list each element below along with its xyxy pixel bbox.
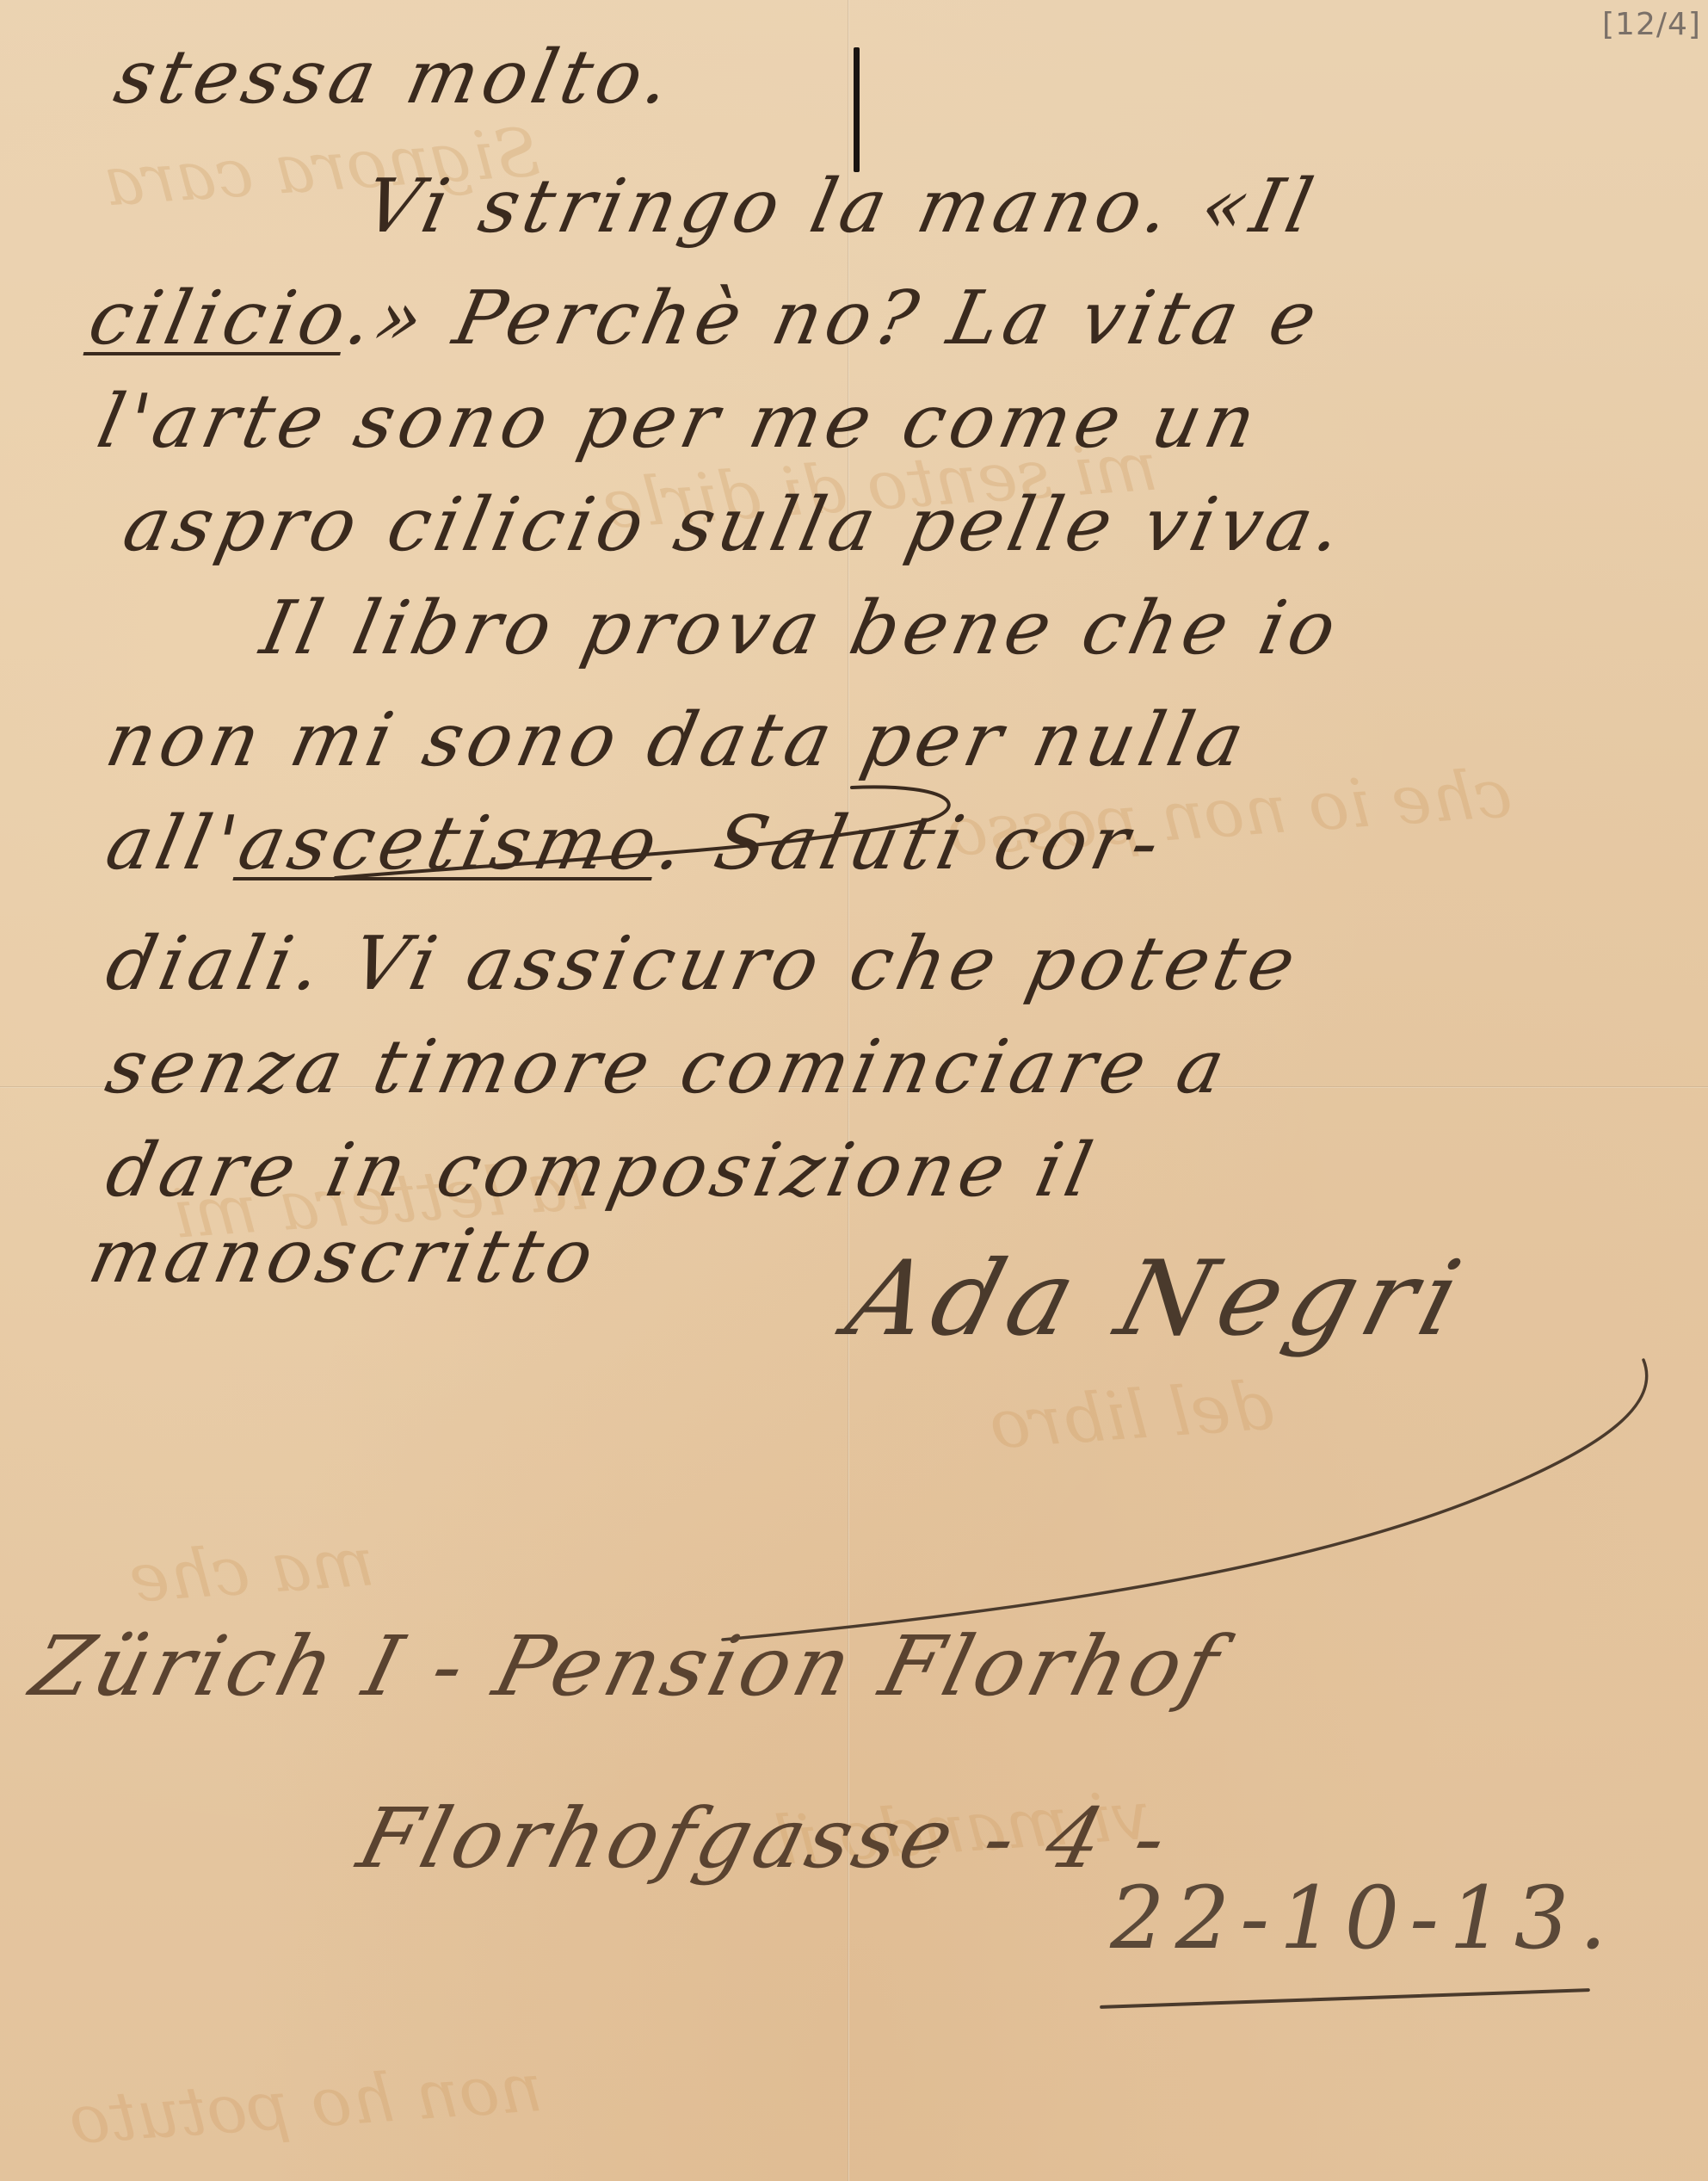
archive-reference: [12/4] [1602, 7, 1701, 42]
letter-line-8-start: all' [99, 800, 250, 887]
underlined-word-cilicio: cilicio [82, 275, 357, 361]
underlined-word-ascetismo: ascetismo [231, 800, 669, 887]
letter-line-4: l'arte sono per me come un [90, 379, 1268, 465]
letter-line-8: all'ascetismo. Saluti cor- [99, 800, 1172, 887]
letter-line-12: manoscritto [82, 1214, 606, 1300]
letter-line-6: Il libro prova bene che io [254, 585, 1348, 671]
letter-line-5: aspro cilicio sulla pelle viva. [116, 482, 1354, 568]
ink-mark [854, 47, 860, 172]
letter-line-8-rest: . Saluti cor- [650, 800, 1172, 887]
signature: Ada Negri [836, 1239, 1480, 1359]
address-line-1: Zürich I - Pension Florhof [22, 1618, 1232, 1715]
letter-line-3-rest: .» Perchè no? La vita e [339, 275, 1329, 361]
letter-line-3: cilicio.» Perchè no? La vita e [82, 275, 1329, 361]
address-line-2: Florhofgasse - 4 - [349, 1790, 1181, 1887]
letter-line-2: Vi stringo la mano. «Il [357, 164, 1325, 250]
letter-line-9: diali. Vi assicuro che potete [99, 921, 1308, 1007]
letter-line-11: dare in composizione il [99, 1128, 1104, 1214]
letter-line-10: senza timore cominciare a [99, 1024, 1236, 1110]
letter-line-7: non mi sono data per nulla [99, 697, 1256, 783]
letter-date: 22-10-13. [1110, 1868, 1617, 1968]
letter-line-1: stessa molto. [108, 34, 683, 120]
